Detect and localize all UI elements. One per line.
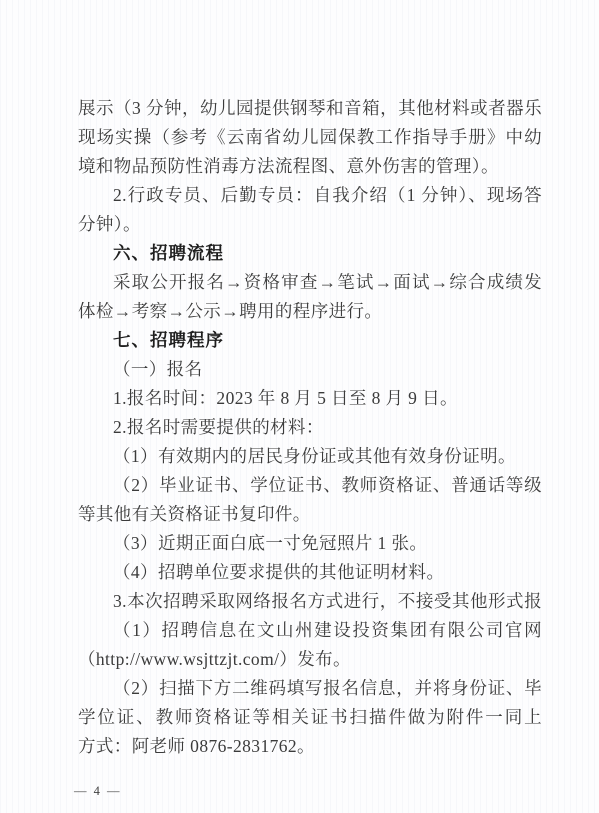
body-line: 2.报名时需要提供的材料： [78, 413, 542, 442]
body-line: 境和物品预防性消毒方法流程图、意外伤害的管理）。 [78, 152, 542, 181]
body-line: 等其他有关资格证书复印件。 [78, 500, 542, 529]
page-number: — 4 — [74, 784, 122, 799]
document-body: 展示（3 分钟，幼儿园提供钢琴和音箱，其他材料或者器乐自备）、 现场实操（参考《… [78, 94, 542, 761]
body-line: 3.本次招聘采取网络报名方式进行，不接受其他形式报名。 [78, 587, 542, 616]
body-line: 展示（3 分钟，幼儿园提供钢琴和音箱，其他材料或者器乐自备）、 [78, 94, 542, 123]
section-heading-6: 六、招聘流程 [78, 239, 542, 268]
body-line: （2）扫描下方二维码填写报名信息，并将身份证、毕业证、 [78, 674, 542, 703]
contact-line: 方式：阿老师 0876-2831762。 [78, 732, 542, 761]
body-line: （2）毕业证书、学位证书、教师资格证、普通话等级证书 [78, 471, 542, 500]
body-line: 1.报名时间：2023 年 8 月 5 日至 8 月 9 日。 [78, 384, 542, 413]
body-line: 现场实操（参考《云南省幼儿园保教工作指导手册》中幼儿园环 [78, 123, 542, 152]
body-line: 体检→考察→公示→聘用的程序进行。 [78, 297, 542, 326]
body-line: （一）报名 [78, 355, 542, 384]
body-line: 采取公开报名→资格审查→笔试→面试→综合成绩发布→ [78, 268, 542, 297]
section-heading-7: 七、招聘程序 [78, 326, 542, 355]
body-line: 学位证、教师资格证等相关证书扫描件做为附件一同上传。联系 [78, 703, 542, 732]
body-line: （4）招聘单位要求提供的其他证明材料。 [78, 558, 542, 587]
body-line: （3）近期正面白底一寸免冠照片 1 张。 [78, 529, 542, 558]
website-line: （http://www.wsjttzjt.com/）发布。 [78, 645, 542, 674]
body-line: 分钟）。 [78, 210, 542, 239]
body-line: （1）有效期内的居民身份证或其他有效身份证明。 [78, 442, 542, 471]
body-line: （1）招聘信息在文山州建设投资集团有限公司官网 [78, 616, 542, 645]
scanned-document-page: 展示（3 分钟，幼儿园提供钢琴和音箱，其他材料或者器乐自备）、 现场实操（参考《… [0, 0, 599, 813]
body-line: 2.行政专员、后勤专员：自我介绍（1 分钟）、现场答辩（3 [78, 181, 542, 210]
